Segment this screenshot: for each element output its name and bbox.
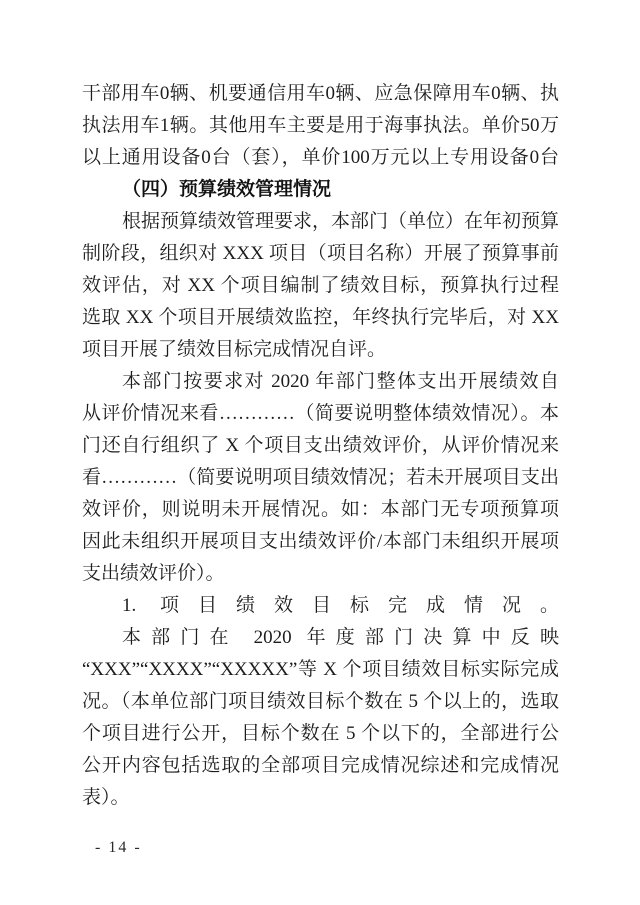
body-text-line: 执法用车1辆。其他用车主要是用于海事执法。单价50万元: [82, 110, 559, 142]
body-text-line: 本部门在 2020 年度部门决算中反映: [82, 622, 559, 654]
body-text-line: 干部用车0辆、机要通信用车0辆、应急保障用车0辆、执勤: [82, 78, 559, 110]
document-page: 干部用车0辆、机要通信用车0辆、应急保障用车0辆、执勤 执法用车1辆。其他用车主…: [0, 0, 640, 905]
body-text-line: 表）。: [82, 782, 559, 814]
page-number: - 14 -: [95, 838, 142, 858]
body-text-line: “XXX”“XXXX”“XXXXX”等 X 个项目绩效目标实际完成情: [82, 654, 559, 686]
body-text-line: 选取 XX 个项目开展绩效监控，年终执行完毕后，对 XX 个: [82, 302, 559, 334]
body-text-line: 看…………（简要说明项目绩效情况；若未开展项目支出绩: [82, 462, 559, 494]
numbered-heading-line: 1. 项目绩效目标完成情况。: [82, 590, 559, 622]
body-text-line: 本部门按要求对 2020 年部门整体支出开展绩效自评，: [82, 366, 559, 398]
body-text-line: 以上通用设备0台（套），单价100万元以上专用设备0台（套）。: [82, 142, 559, 174]
body-text-line: 从评价情况来看…………（简要说明整体绩效情况）。本部: [82, 398, 559, 430]
body-text-line: 制阶段，组织对 XXX 项目（项目名称）开展了预算事前绩: [82, 238, 559, 270]
body-text-line: 公开内容包括选取的全部项目完成情况综述和完成情况: [82, 750, 559, 782]
section-heading-line: （四）预算绩效管理情况: [82, 174, 559, 206]
body-text-line: 效评价，则说明未开展情况。如：本部门无专项预算项目，: [82, 494, 559, 526]
body-text-line: 支出绩效评价）。: [82, 558, 559, 590]
body-text-line: 因此未组织开展项目支出绩效评价/本部门未组织开展项目: [82, 526, 559, 558]
body-text-line: 效评估，对 XX 个项目编制了绩效目标，预算执行过程中，: [82, 270, 559, 302]
body-text-line: 门还自行组织了 X 个项目支出绩效评价，从评价情况来: [82, 430, 559, 462]
body-text-line: 根据预算绩效管理要求，本部门（单位）在年初预算编: [82, 206, 559, 238]
body-text-line: 个项目进行公开，目标个数在 5 个以下的，全部进行公开，: [82, 718, 559, 750]
body-text-line: 况。（本单位部门项目绩效目标个数在 5 个以上的，选取 5: [82, 686, 559, 718]
document-body: 干部用车0辆、机要通信用车0辆、应急保障用车0辆、执勤 执法用车1辆。其他用车主…: [82, 78, 559, 814]
body-text-line: 项目开展了绩效目标完成情况自评。: [82, 334, 559, 366]
